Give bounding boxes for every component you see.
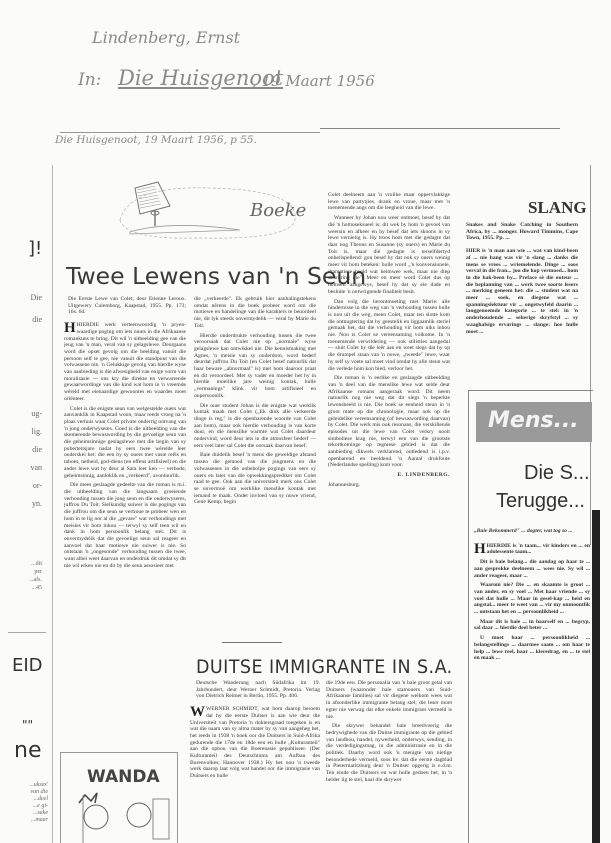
boeke-section-logo: Boeke bbox=[100, 180, 315, 248]
wanda-comic-panel: WANDA bbox=[60, 752, 178, 843]
margin-eid-headline: EID bbox=[12, 655, 43, 676]
main-article-column-2: die „verkeerde". Ek gebruik hier aanhali… bbox=[194, 296, 316, 626]
right-column-review: Snakes and Snake Catching in Southern Af… bbox=[466, 222, 578, 378]
ad-para-1: HIERDIE is 'n taam... vir kinders en ...… bbox=[487, 543, 590, 556]
page-binding-shadow bbox=[592, 510, 600, 843]
handwritten-source-date: , 19 Maart 1956 bbox=[252, 72, 375, 90]
left-column-rule bbox=[52, 165, 53, 843]
right-body: HIER is 'n man aan wie ... wat van kind-… bbox=[466, 248, 578, 335]
right-headline: SLANG bbox=[528, 198, 587, 218]
right-book-info: Snakes and Snake Catching in Southern Af… bbox=[466, 222, 578, 242]
second-col1-para: WERNER SCHMIDT, wat hom daarop beroem da… bbox=[190, 706, 320, 779]
second-drop-cap: W bbox=[190, 706, 205, 718]
second-col2-para-2: Die skrywer behandel baie breedvoerig di… bbox=[326, 723, 452, 783]
ad-body: „Baie Bekommerd" ... dogter, wat tog so … bbox=[474, 528, 590, 843]
margin-small-fragments: ...dit per ...afs. ...45 bbox=[10, 560, 42, 592]
col2-para-1: die „verkeerde". Ek gebruik hier aanhali… bbox=[194, 296, 316, 330]
book-info: Die Eerste Lewe van Colet, deur Etienne … bbox=[64, 296, 186, 316]
clipping-top-edge-left bbox=[60, 132, 320, 133]
margin-exclaim: ]! bbox=[28, 238, 42, 259]
col1-para-3: Die mees geslaagde gedeelte van die roma… bbox=[64, 482, 186, 569]
second-book-info: Deutsche Wanderung nach Südafrika im 19.… bbox=[190, 680, 320, 700]
col1-para-1: HIERDIE werk verteenwoordig 'n pryen-waa… bbox=[64, 322, 186, 402]
margin-quote: "" bbox=[22, 718, 33, 732]
ad-para-3: Waarom nie? Die ... en skaamte is groot … bbox=[474, 582, 590, 616]
ad-quote: „Baie Bekommerd" ... dogter, wat tog so … bbox=[474, 528, 590, 535]
ad-drop-cap: H bbox=[474, 543, 486, 555]
handwritten-source-prefix: In: bbox=[78, 70, 101, 90]
col2-para-2: Hierdie onderdrukte verhouding tussen di… bbox=[194, 333, 316, 400]
ad-para-4: Maar dit is baie ... in haarself en ... … bbox=[474, 619, 590, 632]
second-article-column-1: Deutsche Wanderung nach Südafrika im 19.… bbox=[190, 680, 320, 840]
comic-title: WANDA bbox=[87, 767, 160, 787]
col3-para-1: Colet deelneem aan 'n vrolike maar opper… bbox=[328, 192, 450, 212]
main-headline: Twee Lewens van 'n Seun bbox=[66, 262, 366, 290]
second-col2-para-1: die 19de eeu. Die personalia van 'n baie… bbox=[326, 680, 452, 720]
ad-para-2: Dit is baie belang... die aandag op haar… bbox=[474, 559, 590, 579]
lamp-illustration-icon: Boeke bbox=[100, 180, 315, 248]
margin-rule bbox=[8, 632, 46, 633]
second-headline: DUITSE IMMIGRANTE IN S.A. bbox=[196, 656, 453, 678]
col1-para-2: Colet is die enigste seun van welgesteld… bbox=[64, 406, 186, 480]
margin-ne-headline: ne bbox=[14, 738, 41, 763]
col2-para-4: Baie duidelik besef 'n mens die geweldig… bbox=[194, 452, 316, 506]
second-article-column-2: die 19de eeu. Die personalia van 'n baie… bbox=[326, 680, 452, 840]
main-article-column-3: Colet deelneem aan 'n vrolike maar opper… bbox=[328, 192, 450, 612]
handwritten-author: Lindenberg, Ernst bbox=[92, 28, 240, 47]
ad-headline-1: Die S... bbox=[524, 462, 590, 485]
article-separator bbox=[222, 642, 282, 643]
col3-para-2: Wanneer hy Johan nou weer ontmoet, besef… bbox=[328, 215, 450, 295]
drop-cap: H bbox=[64, 322, 76, 334]
margin-fragments: Die die ug- lig. die van or- yn. bbox=[18, 292, 42, 510]
handwritten-citation: Die Huisgenoot, 19 Maart 1956, p 55. bbox=[55, 134, 257, 146]
comic-characters-icon bbox=[61, 785, 177, 843]
ad-logo-banner: Mens... bbox=[476, 402, 592, 442]
col3-para-3: Dan volg die herontmoeting met Marie: al… bbox=[328, 299, 450, 373]
byline-location: Johannesburg. bbox=[328, 482, 450, 489]
margin-snippet: ...ukses' van die ...deel ...e gi- ...sa… bbox=[6, 782, 48, 824]
ad-para-5: U moet haar ... persoonlikheid ... belan… bbox=[474, 635, 590, 662]
ad-logo-text: Mens... bbox=[488, 408, 579, 433]
boeke-logo-text: Boeke bbox=[249, 200, 306, 221]
byline: E. LINDENBERG. bbox=[328, 472, 450, 479]
col2-para-3: Die ouer student Johan is die enigste wa… bbox=[194, 403, 316, 450]
col3-para-4: Die roman is 'n eerlike en geslaagde uit… bbox=[328, 375, 450, 469]
main-article-column-1: Die Eerste Lewe van Colet, deur Etienne … bbox=[64, 296, 186, 714]
ad-headline-2: Terugge... bbox=[496, 490, 585, 513]
clipping-top-edge-right bbox=[320, 128, 560, 129]
